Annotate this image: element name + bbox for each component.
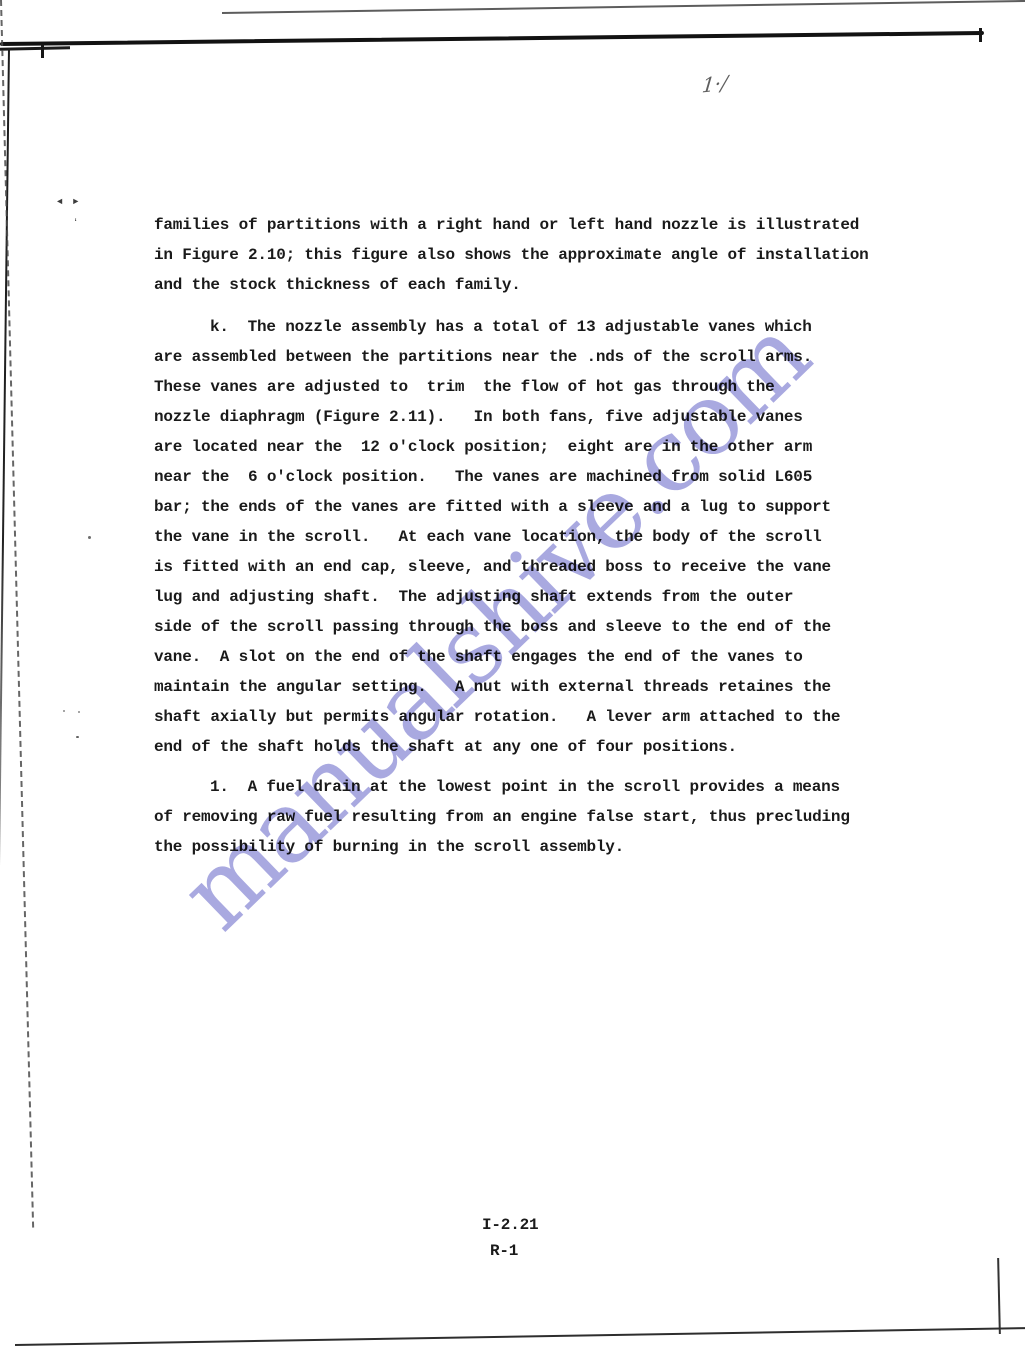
ink-speck	[78, 711, 80, 713]
pencil-mark-left-caret: ◄	[57, 198, 62, 207]
bottom-edge-line	[15, 1327, 1025, 1346]
ink-speck	[76, 736, 79, 738]
page-number: I-2.21	[482, 1212, 538, 1238]
text-line: maintain the angular setting. A nut with…	[154, 672, 840, 702]
page-footer: I-2.21 R-1	[482, 1212, 538, 1264]
top-rule-right-tick	[979, 28, 982, 42]
top-thick-rule	[0, 31, 984, 46]
text-line: is fitted with an end cap, sleeve, and t…	[154, 552, 840, 582]
ink-speck	[88, 536, 91, 539]
text-line: 1. A fuel drain at the lowest point in t…	[154, 772, 850, 802]
text-line: of removing raw fuel resulting from an e…	[154, 802, 850, 832]
pencil-mark-tick: ʻ	[72, 220, 79, 229]
paragraph-item-k: k. The nozzle assembly has a total of 13…	[154, 312, 840, 762]
paragraph-item-l: 1. A fuel drain at the lowest point in t…	[154, 772, 850, 862]
revision-number: R-1	[490, 1238, 538, 1264]
text-line: side of the scroll passing through the b…	[154, 612, 840, 642]
left-edge-line	[0, 48, 10, 1280]
top-thin-rule	[222, 0, 1025, 14]
text-line: k. The nozzle assembly has a total of 13…	[154, 312, 840, 342]
top-rule-left-tick	[41, 44, 44, 58]
text-line: end of the shaft holds the shaft at any …	[154, 732, 840, 762]
handwritten-annotation: 1·/	[701, 70, 729, 97]
text-line: vane. A slot on the end of the shaft eng…	[154, 642, 840, 672]
scanned-document-page: ◄ ► ʻ 1·/ families of partitions with a …	[0, 0, 1025, 1354]
text-line: are located near the 12 o'clock position…	[154, 432, 840, 462]
text-line: and the stock thickness of each family.	[154, 270, 869, 300]
text-line: are assembled between the partitions nea…	[154, 342, 840, 372]
text-line: the possibility of burning in the scroll…	[154, 832, 850, 862]
text-line: lug and adjusting shaft. The adjusting s…	[154, 582, 840, 612]
pencil-mark-right-caret: ►	[73, 198, 78, 207]
right-edge-dashed-line	[0, 0, 34, 1228]
text-line: nozzle diaphragm (Figure 2.11). In both …	[154, 402, 840, 432]
top-thick-rule-overlap	[0, 46, 70, 50]
right-edge-line-bottom	[997, 1258, 1001, 1334]
text-line: the vane in the scroll. At each vane loc…	[154, 522, 840, 552]
text-line: bar; the ends of the vanes are fitted wi…	[154, 492, 840, 522]
text-line: shaft axially but permits angular rotati…	[154, 702, 840, 732]
text-line: families of partitions with a right hand…	[154, 210, 869, 240]
text-line: These vanes are adjusted to trim the flo…	[154, 372, 840, 402]
ink-speck	[63, 710, 65, 712]
paragraph-families: families of partitions with a right hand…	[154, 210, 869, 300]
text-line: in Figure 2.10; this figure also shows t…	[154, 240, 869, 270]
text-line: near the 6 o'clock position. The vanes a…	[154, 462, 840, 492]
